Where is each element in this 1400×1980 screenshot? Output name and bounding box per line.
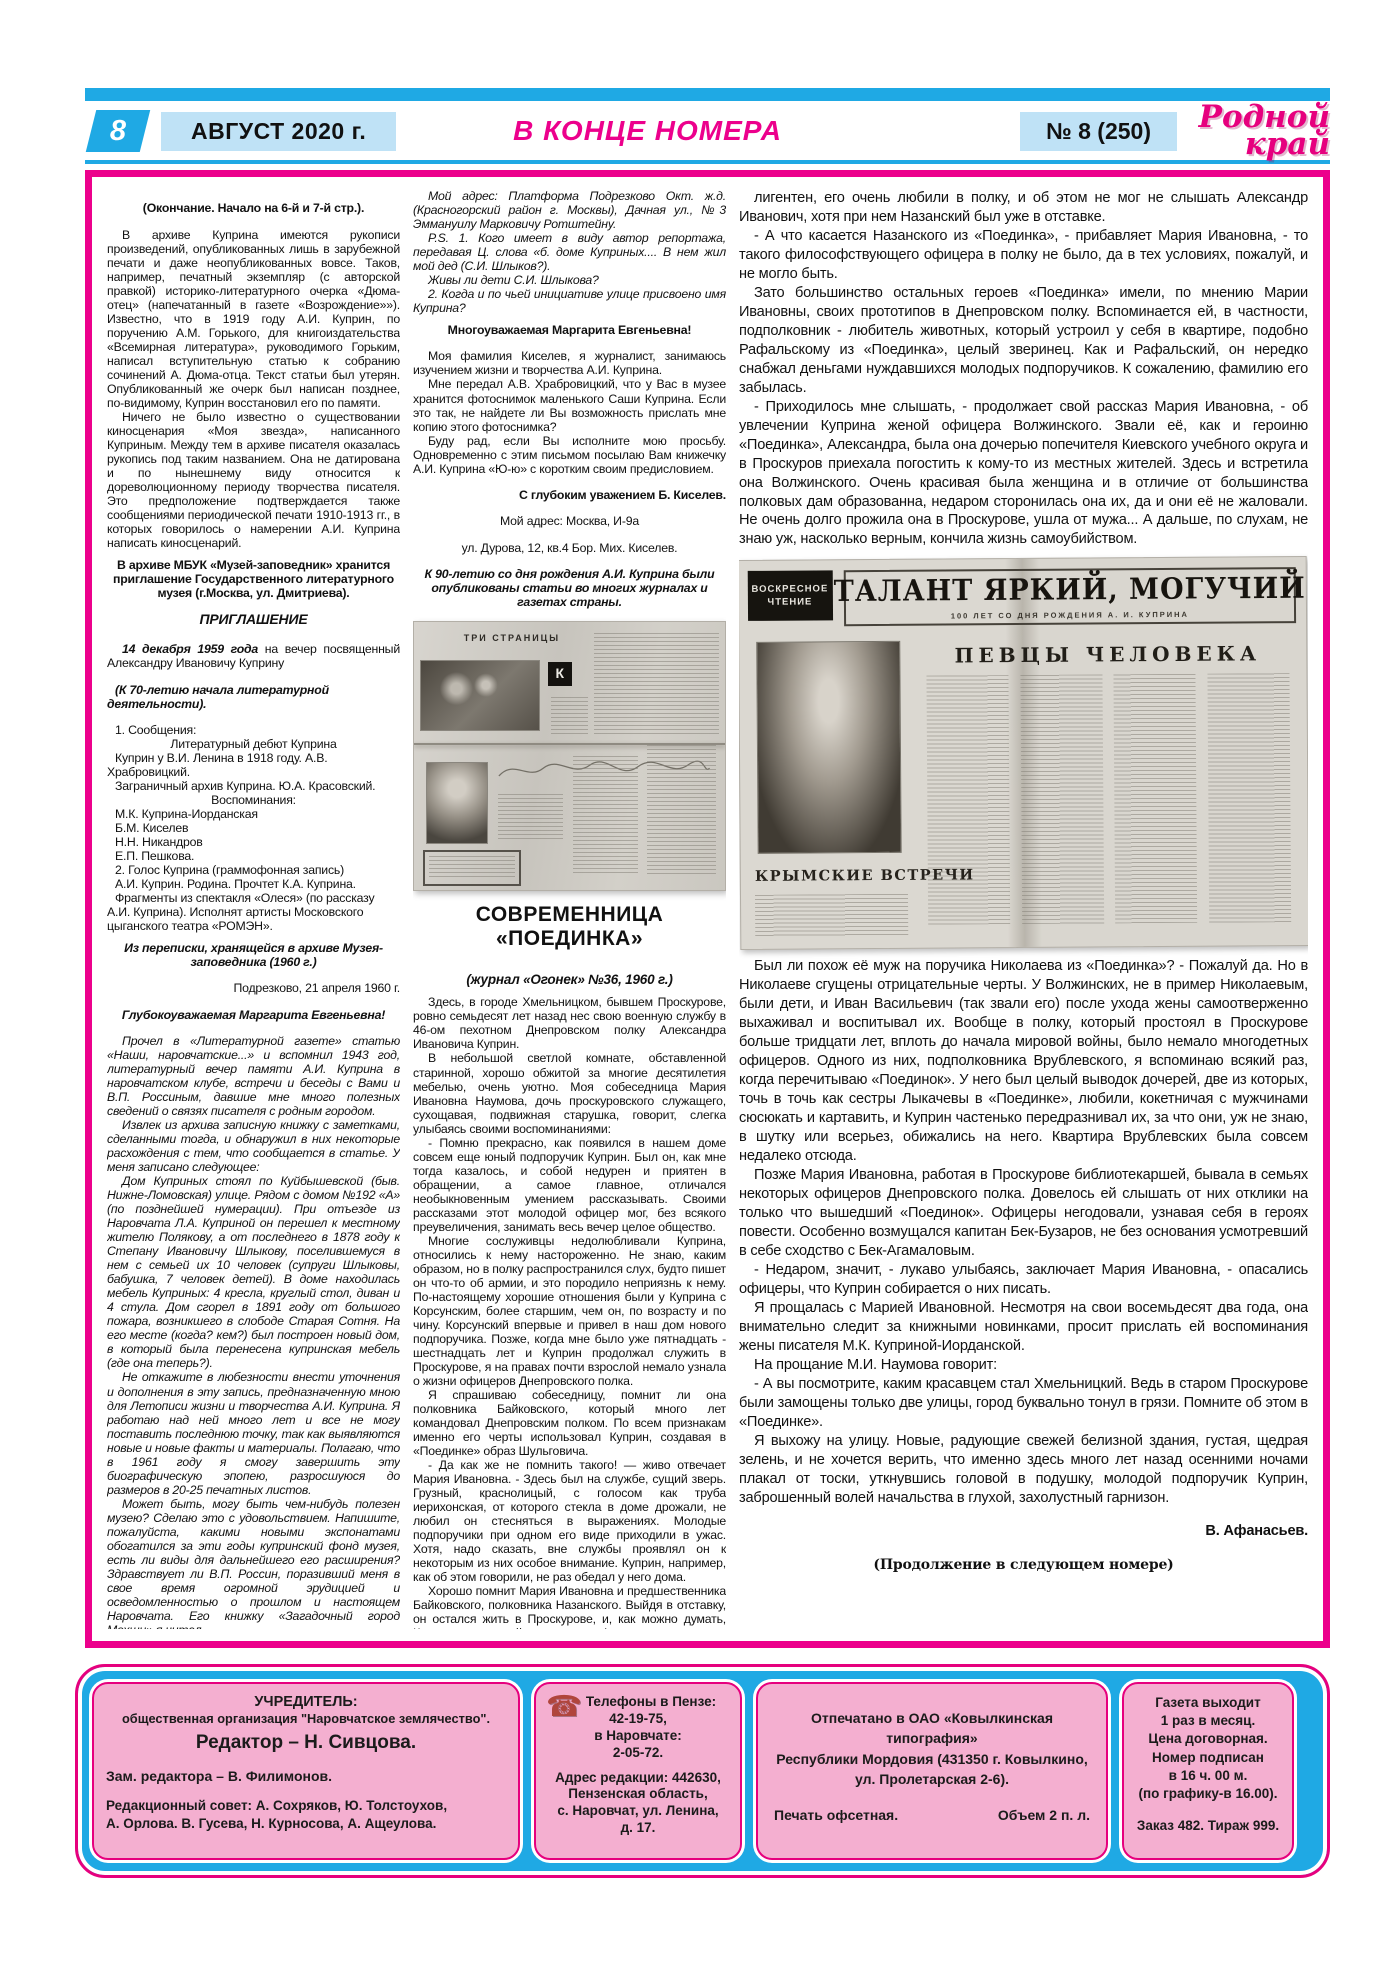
program-line: 2. Голос Куприна (граммофонная запись) — [107, 863, 400, 877]
article-paragraph: - Да как же не помнить такого! — живо от… — [413, 1458, 726, 1584]
clipping1-text-block — [647, 745, 715, 874]
invitation-date-line: 14 декабря 1959 года на вечер посвященны… — [107, 642, 400, 670]
intro-paragraphs: В архиве Куприна имеются рукописи произв… — [107, 228, 400, 550]
kiselev-address-1: Мой адрес: Москва, И-9а — [413, 514, 726, 528]
print-method: Печать офсетная. — [774, 1805, 898, 1825]
program-line: Куприн у В.И. Ленина в 1918 году. А.В. Х… — [107, 751, 400, 779]
kiselev-letter: Моя фамилия Киселев, я журналист, занима… — [413, 349, 726, 475]
program-line: Е.П. Пешкова. — [107, 849, 400, 863]
ps-paragraph: 2. Когда и по чьей инициативе улице прис… — [413, 287, 726, 315]
clipping2-subhead: 100 ЛЕТ СО ДНЯ РОЖДЕНИЯ А. И. КУПРИНА — [951, 610, 1189, 621]
clipping1-text-block — [498, 794, 563, 842]
phones-line4: 2-05-72. — [548, 1745, 728, 1762]
editor-name: Редактор – Н. Сивцова. — [106, 1732, 506, 1754]
kiselev-salutation: Многоуважаемая Маргарита Евгеньевна! — [413, 323, 726, 337]
clipping1-text-block — [551, 697, 588, 735]
ps-paragraph: Мой адрес: Платформа Подрезково Окт. ж.д… — [413, 189, 726, 231]
letters-heading: Из переписки, хранящейся в архиве Музея-… — [107, 941, 400, 969]
imprint-footer: УЧРЕДИТЕЛЬ: общественная организация "На… — [75, 1664, 1330, 1878]
invitation-subtitle: (К 70-летию начала литературной деятельн… — [107, 683, 400, 711]
letter-dateline: Подрезково, 21 апреля 1960 г. — [107, 981, 400, 995]
article-paragraph: Здесь, в городе Хмельницком, бывшем Прос… — [413, 995, 726, 1051]
letter-paragraph: Не откажите в любезности внести уточнени… — [107, 1370, 400, 1496]
page-header: 8 АВГУСТ 2020 г. В КОНЦЕ НОМЕРА № 8 (250… — [85, 88, 1330, 164]
editorial-council: Редакционный совет: А. Сохряков, Ю. Толс… — [106, 1797, 506, 1832]
article-paragraph: Я спрашиваю собеседницу, помнит ли она п… — [413, 1388, 726, 1458]
schedule-line3: Цена договорная. — [1136, 1730, 1280, 1748]
letter-paragraph: Может быть, могу быть чем-нибудь полезен… — [107, 1497, 400, 1629]
newspaper-page: 8 АВГУСТ 2020 г. В КОНЦЕ НОМЕРА № 8 (250… — [0, 0, 1400, 1980]
column-3: лигентен, его очень любили в полку, и об… — [739, 189, 1308, 1629]
editorial-address-line2: Пензенская область, — [548, 1786, 728, 1803]
article-title: СОВРЕМЕННИЦА «ПОЕДИНКА» — [413, 903, 726, 951]
editorial-address-line4: д. 17. — [548, 1820, 728, 1837]
kiselev-address-2: ул. Дурова, 12, кв.4 Бор. Мих. Киселев. — [413, 541, 726, 555]
schedule-line5: в 16 ч. 00 м. — [1136, 1767, 1280, 1785]
section-title: В КОНЦЕ НОМЕРА — [85, 115, 1210, 147]
clipping2-text-column — [1020, 675, 1104, 924]
schedule-box: Газета выходит 1 раз в месяц. Цена догов… — [1122, 1682, 1294, 1860]
clipping1-boxed-item — [423, 850, 520, 886]
article-paragraph: Зато большинство остальных героев «Поеди… — [739, 284, 1308, 398]
kiselev-signature: С глубоким уважением Б. Киселев. — [413, 488, 726, 502]
founder-label: УЧРЕДИТЕЛЬ: — [106, 1694, 506, 1710]
volume: Объем 2 п. л. — [998, 1805, 1090, 1825]
phones-line1: Телефоны в Пензе: — [574, 1694, 728, 1711]
program-line: Заграничный архив Куприна. Ю.А. Красовск… — [107, 779, 400, 793]
printed-line2: Республики Мордовия (431350 г. Ковылкино… — [770, 1749, 1094, 1769]
rotshtein-letter: Прочел в «Литературной газете» статью «Н… — [107, 1034, 400, 1629]
clipping1-logo: К — [548, 662, 572, 686]
article-paragraph: лигентен, его очень любили в полку, и об… — [739, 189, 1308, 227]
article-paragraph: Я прощалась с Марией Ивановной. Несмотря… — [739, 1299, 1308, 1356]
program-line: 1. Сообщения: — [107, 723, 400, 737]
clipping2-headline: ТАЛАНТ ЯРКИЙ, МОГУЧИЙ — [834, 570, 1306, 611]
editorial-address-line3: с. Наровчат, ул. Ленина, — [548, 1803, 728, 1820]
kiselev-paragraph: Мне передал А.В. Храбровицкий, что у Вас… — [413, 377, 726, 433]
continuation-note: (Окончание. Начало на 6-й и 7-й стр.). — [107, 201, 400, 215]
editorial-address-line1: Адрес редакции: 442630, — [548, 1770, 728, 1787]
article-paragraph: Многие сослуживцы недолюбливали Куприна,… — [413, 1234, 726, 1388]
paragraph: Ничего не было известно о существовании … — [107, 410, 400, 550]
article-paragraph: - Недаром, значит, - лукаво улыбаясь, за… — [739, 1261, 1308, 1299]
letter-paragraph: Прочел в «Литературной газете» статью «Н… — [107, 1034, 400, 1118]
header-row: 8 АВГУСТ 2020 г. В КОНЦЕ НОМЕРА № 8 (250… — [85, 108, 1330, 154]
article-paragraph: - Приходилось мне слышать, - продолжает … — [739, 398, 1308, 550]
anniversary-note: К 90-летию со дня рождения А.И. Куприна … — [413, 567, 726, 609]
printed-line3: ул. Пролетарская 2-6). — [770, 1769, 1094, 1789]
council-line2: А. Орлова. В. Гусева, Н. Курносова, А. А… — [106, 1815, 506, 1833]
clipping2-text-column — [1114, 675, 1198, 924]
invitation-date: 14 декабря 1959 года — [122, 642, 258, 656]
schedule-line1: Газета выходит — [1136, 1694, 1280, 1712]
program-line: Н.Н. Никандров — [107, 835, 400, 849]
ps-paragraph: P.S. 1. Кого имеет в виду автор репортаж… — [413, 231, 726, 273]
clipping2-rubric: ВОСКРЕСНОЕ ЧТЕНИЕ — [747, 570, 832, 621]
phone-icon: ☎ — [546, 1688, 582, 1724]
clipping1-text-block — [573, 756, 638, 874]
clipping2-kuprin-portrait — [756, 642, 901, 855]
printing-box: Отпечатано в ОАО «Ковылкинская типографи… — [756, 1682, 1108, 1860]
program-line: Литературный дебют Куприна — [107, 737, 400, 751]
continuation-footer: (Продолжение в следующем номере) — [739, 1556, 1308, 1574]
letter-paragraph: Дом Куприных стоял по Куйбышевской (быв.… — [107, 1174, 400, 1370]
article-paragraph: На прощание М.И. Наумова говорит: — [739, 1356, 1308, 1375]
letter-postscript: Мой адрес: Платформа Подрезково Окт. ж.д… — [413, 189, 726, 315]
kiselev-paragraph: Моя фамилия Киселев, я журналист, занима… — [413, 349, 726, 377]
clipping1-text-block — [429, 856, 514, 879]
masthead-logo: Родной край — [1195, 104, 1330, 159]
article-paragraph: - Помню прекрасно, как появился в нашем … — [413, 1136, 726, 1234]
clipping1-photo — [420, 660, 540, 732]
article-paragraph: Позже Мария Ивановна, работая в Проскуро… — [739, 1166, 1308, 1261]
program-line: Фрагменты из спектакля «Олеся» (по расск… — [107, 891, 400, 933]
article-subtitle: (журнал «Огонек» №36, 1960 г.) — [413, 972, 726, 987]
schedule-line6: (по графику-в 16.00). — [1136, 1785, 1280, 1803]
invitation-title: ПРИГЛАШЕНИЕ — [107, 612, 400, 628]
article-paragraph: Был ли похож её муж на поручика Николаев… — [739, 957, 1308, 1166]
article-paragraph: Я выхожу на улицу. Новые, радующие свеже… — [739, 1432, 1308, 1508]
schedule-line4: Номер подписан — [1136, 1749, 1280, 1767]
clipping2-text-block — [755, 894, 908, 938]
letter-paragraph: Извлек из архива записную книжку с замет… — [107, 1118, 400, 1174]
program-line: Б.М. Киселев — [107, 821, 400, 835]
article-paragraph: - А что касается Назанского из «Поединка… — [739, 227, 1308, 284]
top-rule — [85, 88, 1330, 101]
founder-box: УЧРЕДИТЕЛЬ: общественная организация "На… — [92, 1682, 520, 1860]
program-line: М.К. Куприна-Иорданская — [107, 807, 400, 821]
clipping1-headline: ТРИ СТРАНИЦЫ — [464, 633, 560, 643]
clipping2-rubric-line1: ВОСКРЕСНОЕ — [751, 582, 828, 596]
ps-paragraph: Живы ли дети С.И. Шлыкова? — [413, 273, 726, 287]
order-info: Заказ 482. Тираж 999. — [1136, 1817, 1280, 1835]
masthead-line2: край — [1195, 131, 1330, 158]
clipping2-section-headline: ПЕВЦЫ ЧЕЛОВЕКА — [921, 641, 1295, 670]
schedule-line2: 1 раз в месяц. — [1136, 1712, 1280, 1730]
newspaper-clipping-1: ТРИ СТРАНИЦЫ К — [413, 621, 726, 891]
clipping1-portrait — [426, 762, 487, 844]
print-method-row: Печать офсетная. Объем 2 п. л. — [770, 1805, 1094, 1825]
printed-line1: Отпечатано в ОАО «Ковылкинская типографи… — [770, 1708, 1094, 1749]
archive-note: В архиве МБУК «Музей-заповедник» хранитс… — [107, 558, 400, 600]
article-body-col2: Здесь, в городе Хмельницком, бывшем Прос… — [413, 995, 726, 1629]
clipping1-text-block — [594, 633, 718, 735]
article-author: В. Афанасьев. — [739, 1522, 1308, 1541]
paragraph: В архиве Куприна имеются рукописи произв… — [107, 228, 400, 410]
main-content-box: (Окончание. Начало на 6-й и 7-й стр.). В… — [85, 170, 1330, 1648]
article-body-col3-bottom: Был ли похож её муж на поручика Николаев… — [739, 957, 1308, 1507]
founder-org: общественная организация "Наровчатское з… — [106, 1711, 506, 1726]
program-line: Воспоминания: — [107, 793, 400, 807]
clipping2-text-column — [1207, 674, 1291, 923]
column-1: (Окончание. Начало на 6-й и 7-й стр.). В… — [107, 189, 400, 1629]
contacts-box: ☎ Телефоны в Пензе: 42-19-75, в Наровчат… — [534, 1682, 742, 1860]
column-2: Мой адрес: Платформа Подрезково Окт. ж.д… — [413, 189, 726, 1629]
phones-line3: в Наровчате: — [548, 1728, 728, 1745]
kiselev-paragraph: Буду рад, если Вы исполните мою просьбу.… — [413, 434, 726, 476]
article-paragraph: В небольшой светлой комнате, обставленно… — [413, 1051, 726, 1135]
clipping2-rubric-line2: ЧТЕНИЕ — [767, 596, 812, 610]
header-bottom-rule — [85, 160, 1330, 164]
invitation-program: 1. Сообщения:Литературный дебют КупринаК… — [107, 723, 400, 933]
article-body-col3-top: лигентен, его очень любили в полку, и об… — [739, 189, 1308, 549]
newspaper-clipping-2: ВОСКРЕСНОЕ ЧТЕНИЕ ТАЛАНТ ЯРКИЙ, МОГУЧИЙ … — [739, 556, 1308, 950]
article-paragraph: Хорошо помнит Мария Ивановна и предшеств… — [413, 1584, 726, 1629]
council-line1: Редакционный совет: А. Сохряков, Ю. Толс… — [106, 1797, 506, 1815]
letter-salutation: Глубокоуважаемая Маргарита Евгеньевна! — [107, 1008, 400, 1022]
deputy-editor: Зам. редактора – В. Филимонов. — [106, 1768, 506, 1784]
clipping2-lower-headline: КРЫМСКИЕ ВСТРЕЧИ — [755, 866, 975, 886]
clipping2-text-column — [927, 676, 1011, 925]
program-line: А.И. Куприн. Родина. Прочтет К.А. Куприн… — [107, 877, 400, 891]
clipping2-headline-band: ТАЛАНТ ЯРКИЙ, МОГУЧИЙ 100 ЛЕТ СО ДНЯ РОЖ… — [844, 567, 1296, 627]
article-paragraph: - А вы посмотрите, каким красавцем стал … — [739, 1375, 1308, 1432]
